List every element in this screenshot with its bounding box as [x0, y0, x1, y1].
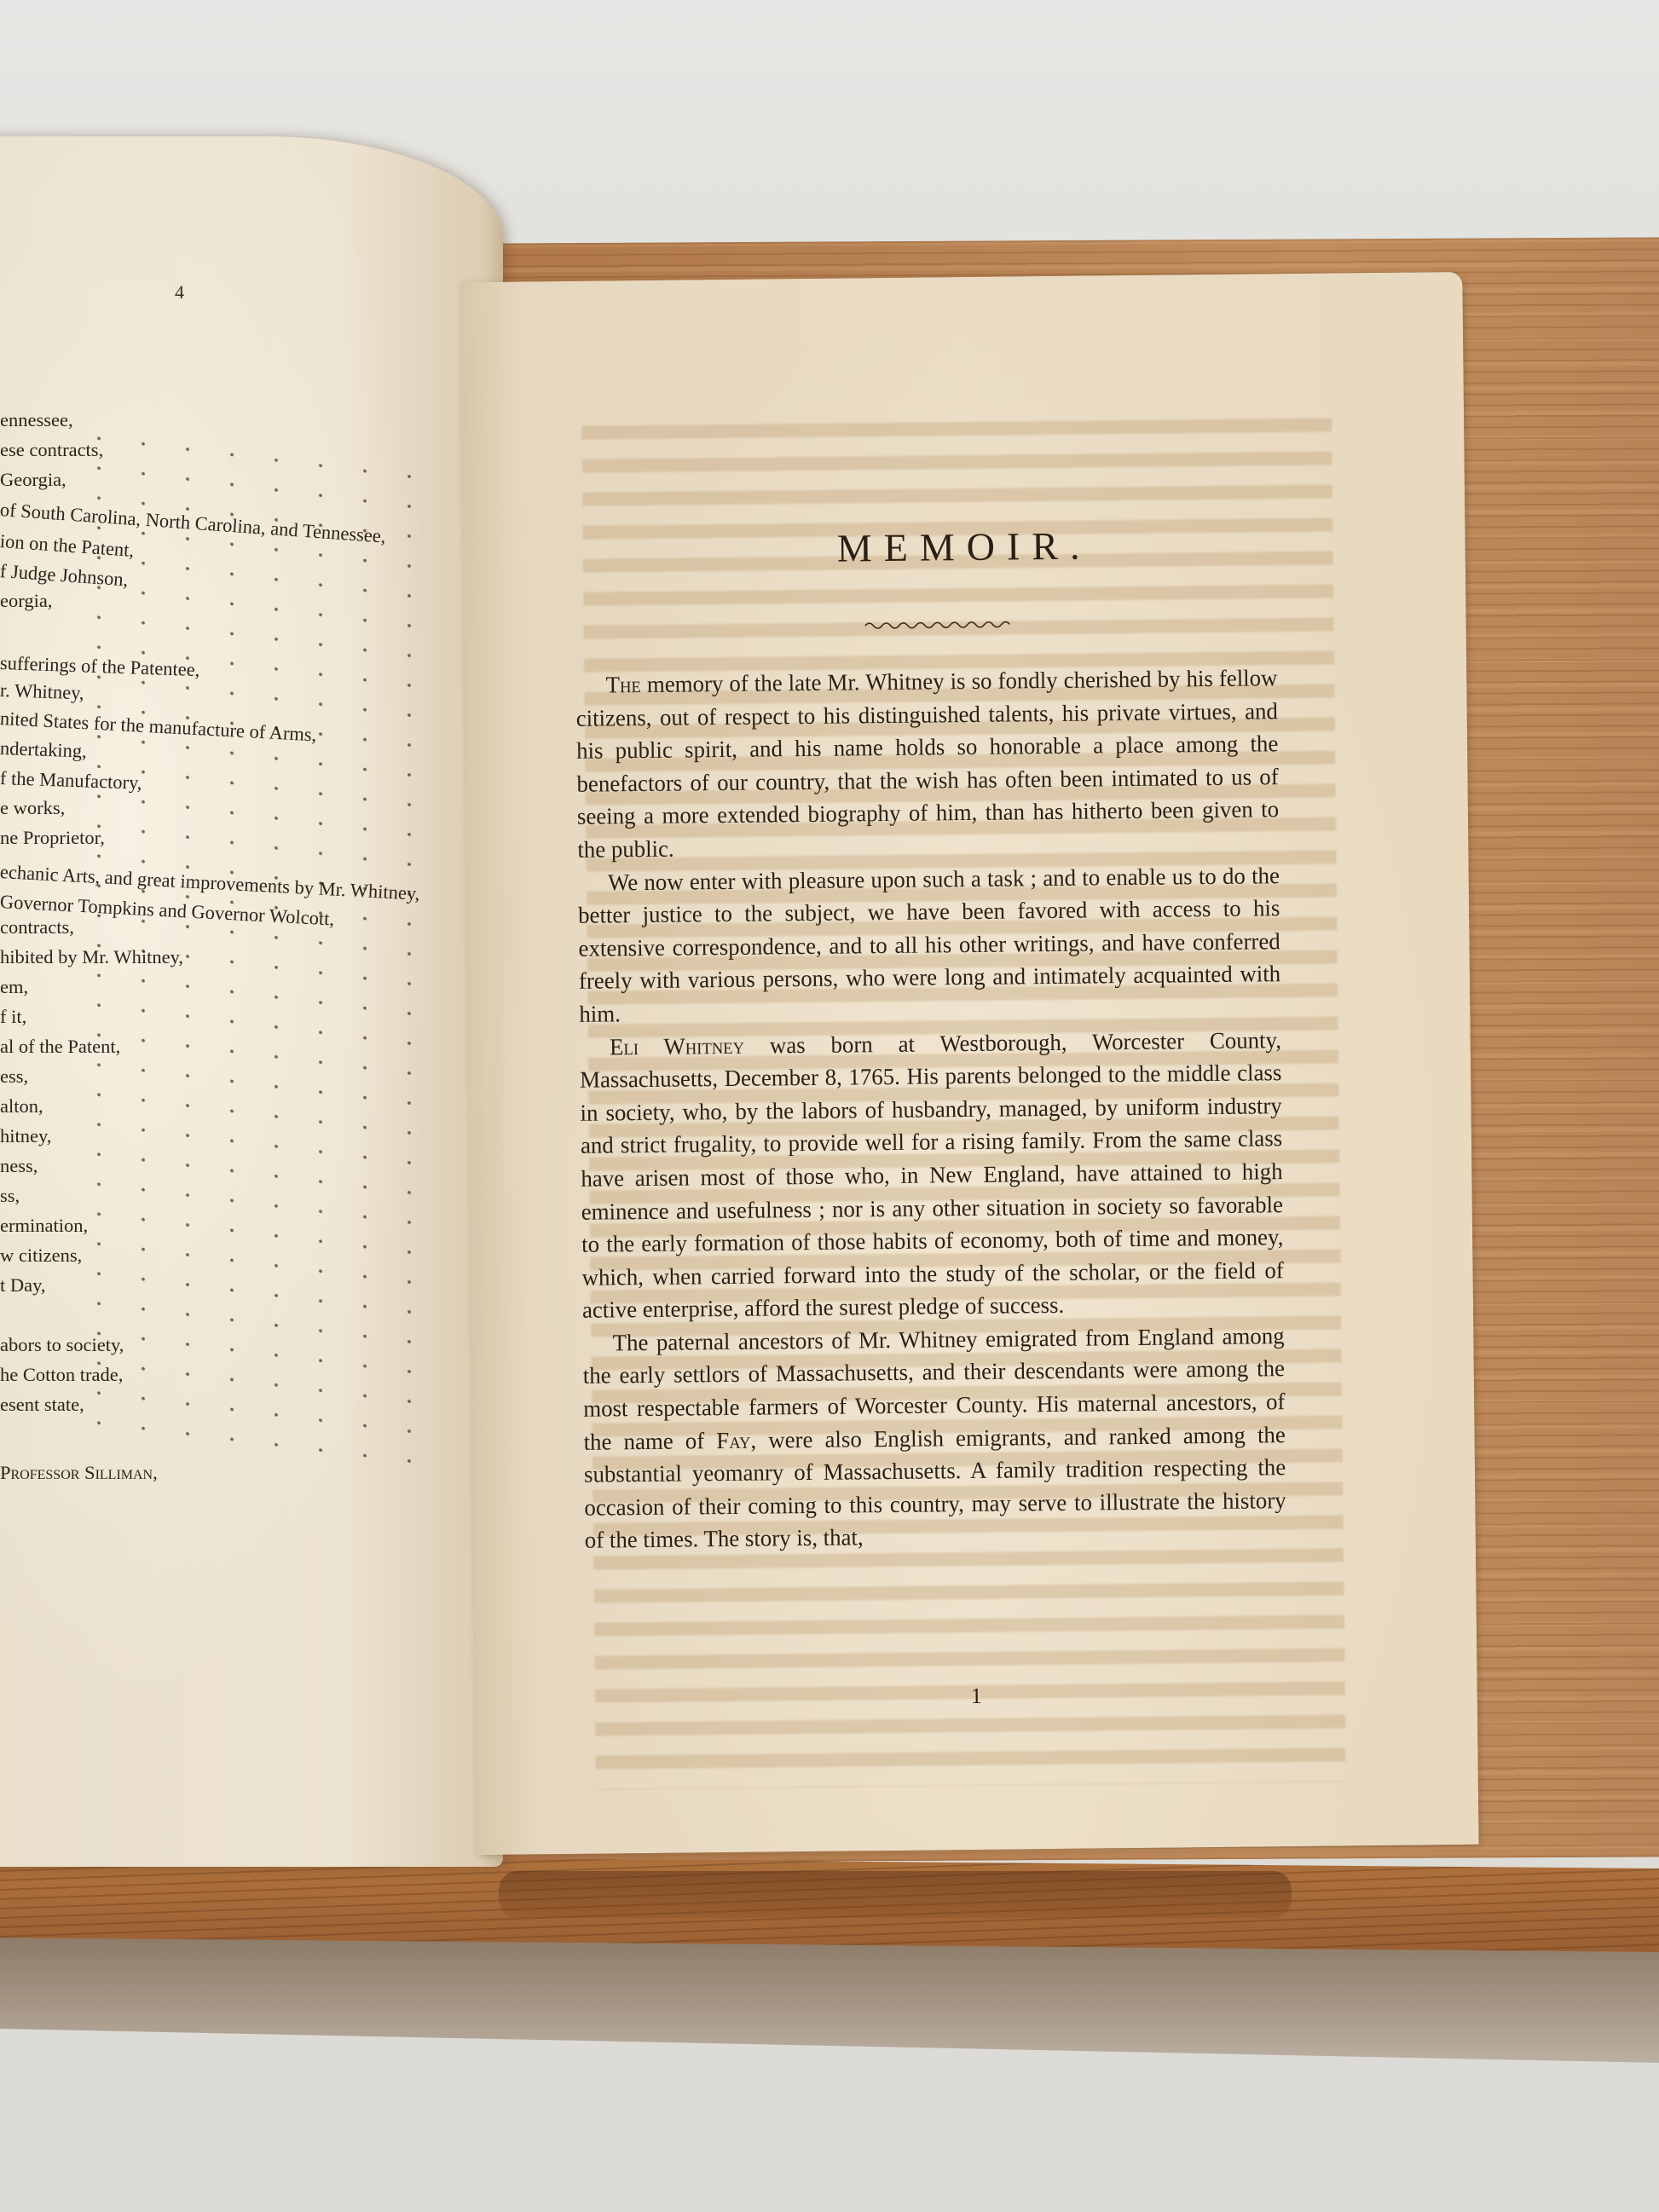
- toc-entry: ermination,: [0, 1215, 88, 1237]
- toc-entry: ese contracts,: [0, 439, 103, 461]
- toc-entry: sufferings of the Patentee,: [0, 652, 200, 681]
- toc-entry: ennessee,: [0, 409, 73, 431]
- toc-entry: ion on the Patent,: [0, 530, 135, 562]
- toc-entry: f Judge Johnson,: [0, 560, 129, 591]
- toc-entry: hitney,: [0, 1125, 51, 1147]
- toc-entry: f the Manufactory,: [0, 767, 142, 794]
- toc-entry: hibited by Mr. Whitney,: [0, 946, 183, 968]
- toc-entry: eorgia,: [0, 590, 52, 612]
- toc-entry: ness,: [0, 1155, 38, 1177]
- left-page: 4 ennessee,ese contracts,Georgia,of Sout…: [0, 136, 503, 1867]
- toc-entry: contracts,: [0, 916, 74, 939]
- lead-in: Eli Whitney: [610, 1032, 744, 1060]
- table-shadow: [0, 1935, 1659, 2105]
- toc-entry: al of the Patent,: [0, 1036, 120, 1058]
- toc-entry: Georgia,: [0, 469, 66, 491]
- toc-entry: abors to society,: [0, 1334, 124, 1356]
- paragraph-3: Eli Whitney was born at Westborough, Wor…: [580, 1024, 1285, 1327]
- toc-entry: e works,: [0, 797, 65, 819]
- lead-in: The: [605, 672, 641, 697]
- toc-entry: f it,: [0, 1006, 26, 1028]
- toc-entry: em,: [0, 976, 28, 998]
- table-of-contents: ennessee,ese contracts,Georgia,of South …: [0, 136, 503, 1867]
- paragraph-4: The paternal ancestors of Mr. Whitney em…: [582, 1320, 1286, 1557]
- toc-entry: w citizens,: [0, 1245, 82, 1267]
- book-stand-groove: [499, 1871, 1292, 1918]
- ornamental-rule-icon: [865, 617, 1010, 632]
- toc-entry: Professor Silliman,: [0, 1462, 158, 1484]
- toc-entry: r. Whitney,: [0, 679, 84, 704]
- toc-entry: ndertaking,: [0, 737, 87, 763]
- toc-entry: esent state,: [0, 1394, 84, 1416]
- toc-entry: t Day,: [0, 1274, 46, 1297]
- toc-entry: ess,: [0, 1066, 28, 1088]
- toc-entry: he Cotton trade,: [0, 1364, 123, 1386]
- paragraph-1: The memory of the late Mr. Whitney is so…: [575, 661, 1280, 866]
- toc-entry: ss,: [0, 1185, 20, 1207]
- toc-entry: ne Proprietor,: [0, 827, 105, 849]
- paragraph-2: We now enter with pleasure upon such a t…: [578, 859, 1281, 1031]
- name-small-caps: Fay: [716, 1427, 750, 1453]
- memoir-body: The memory of the late Mr. Whitney is so…: [575, 661, 1286, 1557]
- toc-entry: alton,: [0, 1095, 43, 1118]
- right-page: MEMOIR. The memory of the late Mr. Whitn…: [460, 272, 1478, 1855]
